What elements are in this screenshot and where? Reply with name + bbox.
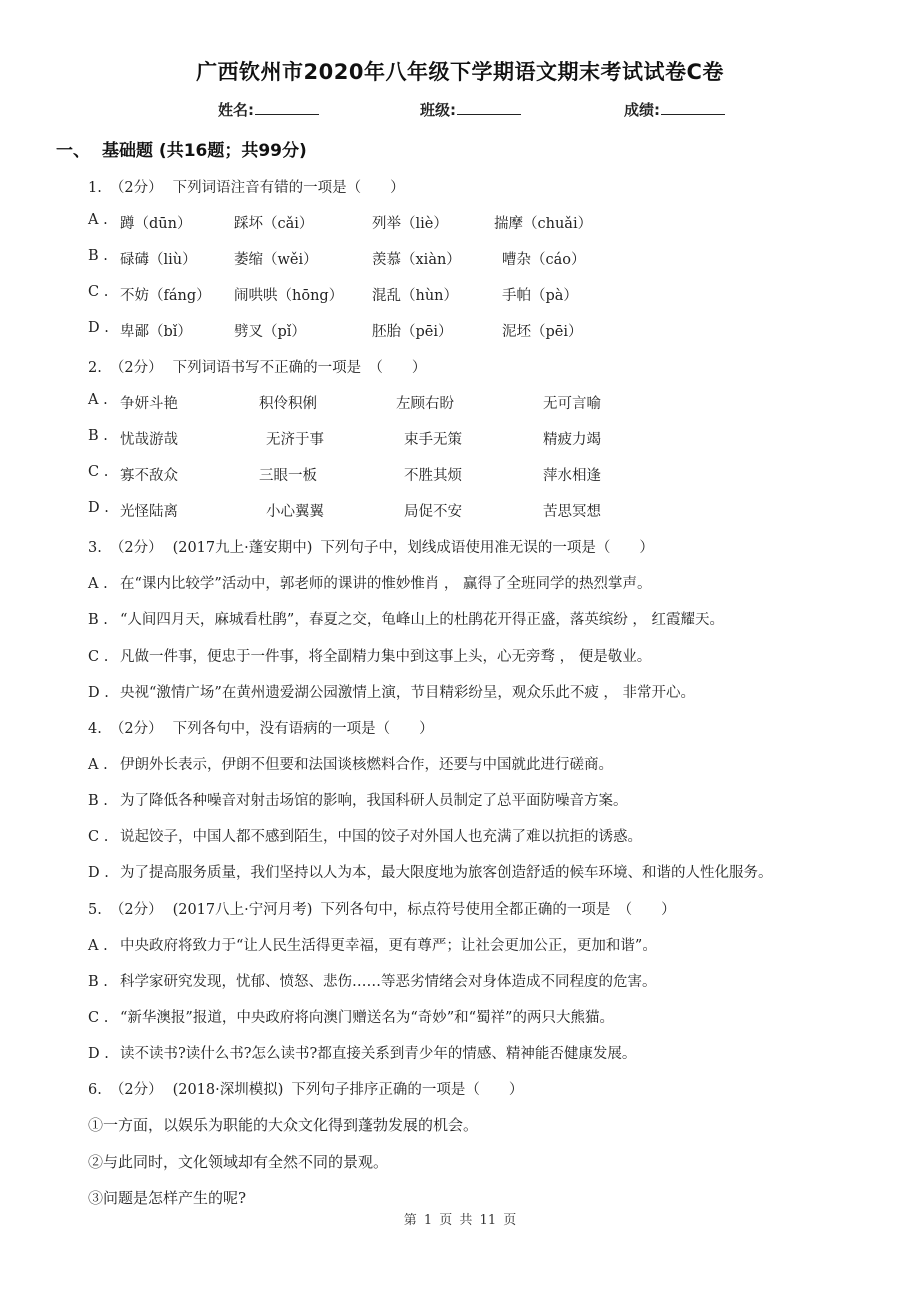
name-blank [255, 100, 319, 115]
option-letter: D . [88, 685, 120, 701]
option-text: 为了降低各种噪音对射击场馆的影响，我国科研人员制定了总平面防噪音方案。 [120, 793, 628, 809]
score-blank [661, 100, 725, 115]
question-6-sentence-3: ③问题是怎样产生的呢? [88, 1187, 246, 1208]
option-letter: A . [88, 212, 120, 228]
score-field: 成绩: [624, 99, 725, 120]
question-text: 下列句子中，划线成语使用准无误的一项是（ ） [320, 540, 654, 556]
question-source: (2017八上·宁河月考) [173, 902, 313, 918]
option-text: 为了提高服务质量，我们坚持以人为本，最大限度地为旅客创造舒适的候车环境、和谐的人… [120, 865, 773, 881]
option-item: 争妍斗艳 [120, 392, 178, 413]
option-item: 无可言喻 [543, 392, 601, 413]
option-item: 碌碡（liù） [120, 248, 197, 269]
question-text: 下列词语书写不正确的一项是 （ ） [173, 360, 427, 376]
section-number: 一、 [56, 136, 102, 161]
option-item: 萎缩（wěi） [234, 248, 318, 269]
question-text: 下列各句中，没有语病的一项是（ ） [173, 721, 434, 737]
question-3-option-a: A .在“课内比较学”活动中，郭老师的课讲的惟妙惟肖 ， 赢得了全班同学的热烈掌… [88, 572, 652, 593]
option-letter: D . [88, 320, 120, 336]
question-score: （2分） [110, 902, 163, 918]
question-number: 1. [88, 180, 102, 196]
question-2-option-b: B . 忧哉游哉 无济于事 束手无策 精疲力竭 [88, 428, 848, 448]
option-text: 伊朗外长表示，伊朗不但要和法国谈核燃料合作，还要与中国就此进行磋商。 [120, 757, 613, 773]
option-item: 胚胎（pēi） [372, 320, 453, 341]
page-footer: 第 1 页 共 11 页 [0, 1209, 920, 1228]
question-1-option-a: A . 蹲（dūn） 踩坏（cǎi） 列举（liè） 揣摩（chuǎi） [88, 212, 848, 232]
option-item: 混乱（hùn） [372, 284, 458, 305]
option-item: 寡不敌众 [120, 464, 178, 485]
option-letter: B . [88, 974, 120, 990]
question-6-sentence-1: ①一方面，以娱乐为职能的大众文化得到蓬勃发展的机会。 [88, 1114, 478, 1135]
question-score: （2分） [110, 721, 163, 737]
question-1-stem: 1.（2分）下列词语注音有错的一项是（ ） [88, 176, 405, 197]
option-item: 三眼一板 [259, 464, 317, 485]
question-score: （2分） [110, 180, 163, 196]
option-letter: C . [88, 649, 120, 665]
class-blank [457, 100, 521, 115]
option-item: 束手无策 [404, 428, 462, 449]
option-item: 羡慕（xiàn） [372, 248, 461, 269]
question-4-option-a: A .伊朗外长表示，伊朗不但要和法国谈核燃料合作，还要与中国就此进行磋商。 [88, 753, 613, 774]
question-score: （2分） [110, 540, 163, 556]
question-6-stem: 6.（2分）(2018·深圳模拟)下列句子排序正确的一项是（ ） [88, 1078, 523, 1099]
option-letter: A . [88, 757, 120, 773]
option-item: 精疲力竭 [543, 428, 601, 449]
question-text: 下列各句中，标点符号使用全都正确的一项是 （ ） [320, 902, 675, 918]
option-item: 不妨（fáng） [120, 284, 211, 305]
option-letter: C . [88, 464, 120, 480]
question-text: 下列句子排序正确的一项是（ ） [291, 1082, 523, 1098]
option-letter: D . [88, 500, 120, 516]
section-title: 基础题 (共16题；共99分) [102, 141, 307, 161]
question-4-option-b: B .为了降低各种噪音对射击场馆的影响，我国科研人员制定了总平面防噪音方案。 [88, 789, 628, 810]
option-item: 卑鄙（bǐ） [120, 320, 192, 341]
option-text: 说起饺子，中国人都不感到陌生，中国的饺子对外国人也充满了难以抗拒的诱惑。 [120, 829, 642, 845]
question-2-option-d: D . 光怪陆离 小心翼翼 局促不安 苦思冥想 [88, 500, 848, 520]
option-item: 光怪陆离 [120, 500, 178, 521]
question-number: 5. [88, 902, 102, 918]
class-field: 班级: [420, 99, 521, 120]
option-letter: C . [88, 284, 120, 300]
option-text: 中央政府将致力于“让人民生活得更幸福，更有尊严；让社会更加公正，更加和谐”。 [120, 938, 657, 954]
option-item: 揣摩（chuǎi） [494, 212, 592, 233]
name-label: 姓名: [218, 101, 254, 119]
option-item: 苦思冥想 [543, 500, 601, 521]
option-text: 央视“激情广场”在黄州遗爱湖公园激情上演，节目精彩纷呈，观众乐此不疲 ， 非常开… [120, 685, 695, 701]
question-score: （2分） [110, 360, 163, 376]
option-item: 忧哉游哉 [120, 428, 178, 449]
section-heading: 一、基础题 (共16题；共99分) [56, 136, 307, 161]
question-source: (2017九上·蓬安期中) [173, 540, 313, 556]
option-item: 不胜其烦 [404, 464, 462, 485]
option-letter: B . [88, 612, 120, 628]
question-3-stem: 3.（2分）(2017九上·蓬安期中)下列句子中，划线成语使用准无误的一项是（ … [88, 536, 654, 557]
option-item: 左顾右盼 [396, 392, 454, 413]
question-2-option-c: C . 寡不敌众 三眼一板 不胜其烦 萍水相逢 [88, 464, 848, 484]
question-source: (2018·深圳模拟) [173, 1082, 284, 1098]
question-1-option-b: B . 碌碡（liù） 萎缩（wěi） 羡慕（xiàn） 嘈杂（cáo） [88, 248, 848, 268]
question-1-option-d: D . 卑鄙（bǐ） 劈叉（pǐ） 胚胎（pēi） 泥坯（pēi） [88, 320, 848, 340]
score-label: 成绩: [624, 101, 660, 119]
option-letter: B . [88, 428, 120, 444]
option-text: “新华澳报”报道，中央政府将向澳门赠送名为“奇妙”和“蜀祥”的两只大熊猫。 [120, 1010, 614, 1026]
name-field: 姓名: [218, 99, 319, 120]
option-text: 读不读书?读什么书?怎么读书?都直接关系到青少年的情感、精神能否健康发展。 [120, 1046, 636, 1062]
question-5-option-a: A .中央政府将致力于“让人民生活得更幸福，更有尊严；让社会更加公正，更加和谐”… [88, 934, 657, 955]
option-letter: C . [88, 1010, 120, 1026]
question-5-option-c: C .“新华澳报”报道，中央政府将向澳门赠送名为“奇妙”和“蜀祥”的两只大熊猫。 [88, 1006, 614, 1027]
option-letter: D . [88, 1046, 120, 1062]
question-4-option-c: C .说起饺子，中国人都不感到陌生，中国的饺子对外国人也充满了难以抗拒的诱惑。 [88, 825, 642, 846]
option-item: 泥坯（pēi） [502, 320, 583, 341]
question-5-option-d: D .读不读书?读什么书?怎么读书?都直接关系到青少年的情感、精神能否健康发展。 [88, 1042, 636, 1063]
option-item: 局促不安 [404, 500, 462, 521]
option-item: 闹哄哄（hōng） [234, 284, 343, 305]
question-3-option-c: C .凡做一件事，便忠于一件事，将全副精力集中到这事上头，心无旁骛 ， 便是敬业… [88, 645, 651, 666]
class-label: 班级: [420, 101, 456, 119]
question-5-stem: 5.（2分）(2017八上·宁河月考)下列各句中，标点符号使用全都正确的一项是 … [88, 898, 676, 919]
option-letter: A . [88, 576, 120, 592]
question-number: 2. [88, 360, 102, 376]
option-item: 小心翼翼 [266, 500, 324, 521]
option-item: 列举（liè） [372, 212, 448, 233]
option-letter: A . [88, 938, 120, 954]
question-2-stem: 2.（2分）下列词语书写不正确的一项是 （ ） [88, 356, 426, 377]
option-letter: A . [88, 392, 120, 408]
question-5-option-b: B .科学家研究发现，忧郁、愤怒、悲伤……等恶劣情绪会对身体造成不同程度的危害。 [88, 970, 657, 991]
question-text: 下列词语注音有错的一项是（ ） [173, 180, 405, 196]
option-letter: D . [88, 865, 120, 881]
question-number: 4. [88, 721, 102, 737]
question-6-sentence-2: ②与此同时，文化领域却有全然不同的景观。 [88, 1151, 388, 1172]
option-item: 踩坏（cǎi） [234, 212, 313, 233]
option-item: 积伶积俐 [259, 392, 317, 413]
student-info-row: 姓名: 班级: 成绩: [0, 99, 920, 121]
option-item: 手帕（pà） [502, 284, 578, 305]
exam-page: 广西钦州市2020年八年级下学期语文期末考试试卷C卷 姓名: 班级: 成绩: 一… [0, 0, 920, 1302]
option-text: 科学家研究发现，忧郁、愤怒、悲伤……等恶劣情绪会对身体造成不同程度的危害。 [120, 974, 657, 990]
option-letter: B . [88, 248, 120, 264]
exam-title: 广西钦州市2020年八年级下学期语文期末考试试卷C卷 [0, 56, 920, 86]
option-item: 嘈杂（cáo） [502, 248, 586, 269]
option-text: “人间四月天，麻城看杜鹃”，春夏之交，龟峰山上的杜鹃花开得正盛，落英缤纷 ， 红… [120, 612, 724, 628]
option-item: 劈叉（pǐ） [234, 320, 306, 341]
question-3-option-d: D .央视“激情广场”在黄州遗爱湖公园激情上演，节目精彩纷呈，观众乐此不疲 ， … [88, 681, 695, 702]
question-score: （2分） [110, 1082, 163, 1098]
option-item: 萍水相逢 [543, 464, 601, 485]
option-text: 凡做一件事，便忠于一件事，将全副精力集中到这事上头，心无旁骛 ， 便是敬业。 [120, 649, 651, 665]
option-item: 蹲（dūn） [120, 212, 191, 233]
question-3-option-b: B .“人间四月天，麻城看杜鹃”，春夏之交，龟峰山上的杜鹃花开得正盛，落英缤纷 … [88, 608, 724, 629]
question-2-option-a: A . 争妍斗艳 积伶积俐 左顾右盼 无可言喻 [88, 392, 848, 412]
option-item: 无济于事 [266, 428, 324, 449]
question-4-stem: 4.（2分）下列各句中，没有语病的一项是（ ） [88, 717, 434, 738]
question-number: 3. [88, 540, 102, 556]
question-1-option-c: C . 不妨（fáng） 闹哄哄（hōng） 混乱（hùn） 手帕（pà） [88, 284, 848, 304]
option-letter: C . [88, 829, 120, 845]
question-number: 6. [88, 1082, 102, 1098]
question-4-option-d: D .为了提高服务质量，我们坚持以人为本，最大限度地为旅客创造舒适的候车环境、和… [88, 861, 773, 882]
option-text: 在“课内比较学”活动中，郭老师的课讲的惟妙惟肖 ， 赢得了全班同学的热烈掌声。 [120, 576, 652, 592]
option-letter: B . [88, 793, 120, 809]
